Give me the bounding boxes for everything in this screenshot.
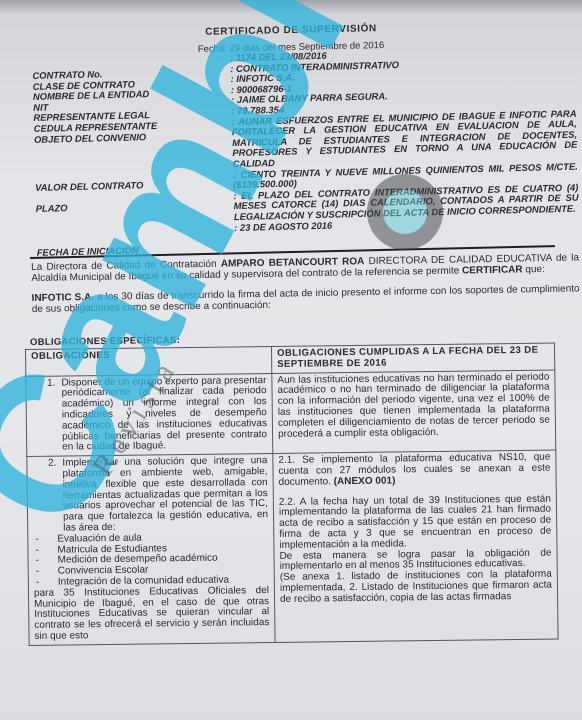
header-fulfilled: OBLIGACIONES CUMPLIDAS A LA FECHA DEL 23… — [271, 343, 554, 373]
entity-name: INFOTIC S.A. — [32, 292, 95, 304]
intro-text-c: que: — [522, 264, 544, 275]
header-obligations: OBLIGACIÓNES — [26, 346, 272, 376]
obligation-text: Implementar una solución que integre una… — [62, 456, 268, 534]
table-row: 2. Implementar una solución que integre … — [27, 450, 558, 645]
section-title: OBLIGACIONES ESPECÍFICAS: — [30, 335, 180, 348]
fulfilled-2-1: 2.1. Se implemento la plataforma educati… — [278, 453, 550, 489]
fulfilled-cell: 2.1. Se implemento la plataforma educati… — [273, 450, 558, 642]
obligation-text: Disponer de un equipo experto para prese… — [61, 376, 267, 454]
field-labels: CONTRATO No. CLASE DE CONTRATO NOMBRE DE… — [32, 67, 214, 146]
label-objeto: OBJETO DEL CONVENIO — [34, 130, 214, 145]
obligations-table: OBLIGACIÓNES OBLIGACIONES CUMPLIDAS A LA… — [25, 343, 559, 646]
fulfilled-2-4: (Se anexa 1. listado de instituciones co… — [280, 570, 552, 606]
obligation-cell: 2. Implementar una solución que integre … — [27, 454, 275, 646]
certification-body: La Directora de Calidad de Contratación … — [31, 252, 580, 323]
document-page: CERTIFICADO DE SUPERVISIÓN Fecha: 29 dia… — [0, 0, 582, 720]
field-values: : 1174 DEL 23/08/2016 : CONTRATO INTERAD… — [230, 45, 579, 233]
annex-ref: (ANEXO 001) — [334, 475, 396, 487]
certificar-word: CERTIFICAR — [462, 265, 523, 277]
area-list: -Evaluación de aula -Matricula de Estudi… — [33, 532, 269, 589]
item-number: 2. — [32, 459, 63, 535]
value-objeto: : AUNAR ESFUERZOS ENTRE EL MUNICIPIO DE … — [231, 108, 577, 169]
obligation-tail: para 35 Instituciones Educativas Oficial… — [34, 586, 270, 643]
label-valor: VALOR DEL CONTRATO — [35, 180, 143, 193]
obligation-cell: 1. Disponer de un equipo experto para pr… — [26, 373, 273, 457]
label-plazo: PLAZO — [36, 203, 68, 214]
table-row: 1. Disponer de un equipo experto para pr… — [26, 370, 556, 457]
item-number: 1. — [31, 378, 62, 454]
report-text: a los 30 días de transcurrido la firma d… — [32, 283, 580, 315]
report-paragraph: INFOTIC S.A. a los 30 días de transcurri… — [32, 283, 580, 315]
fulfilled-2-2: 2.2. A la fecha hay un total de 39 Insti… — [279, 494, 552, 551]
intro-paragraph: La Directora de Calidad de Contratación … — [31, 252, 579, 284]
fulfilled-cell: Aun las instituciones educativas no han … — [272, 370, 556, 454]
